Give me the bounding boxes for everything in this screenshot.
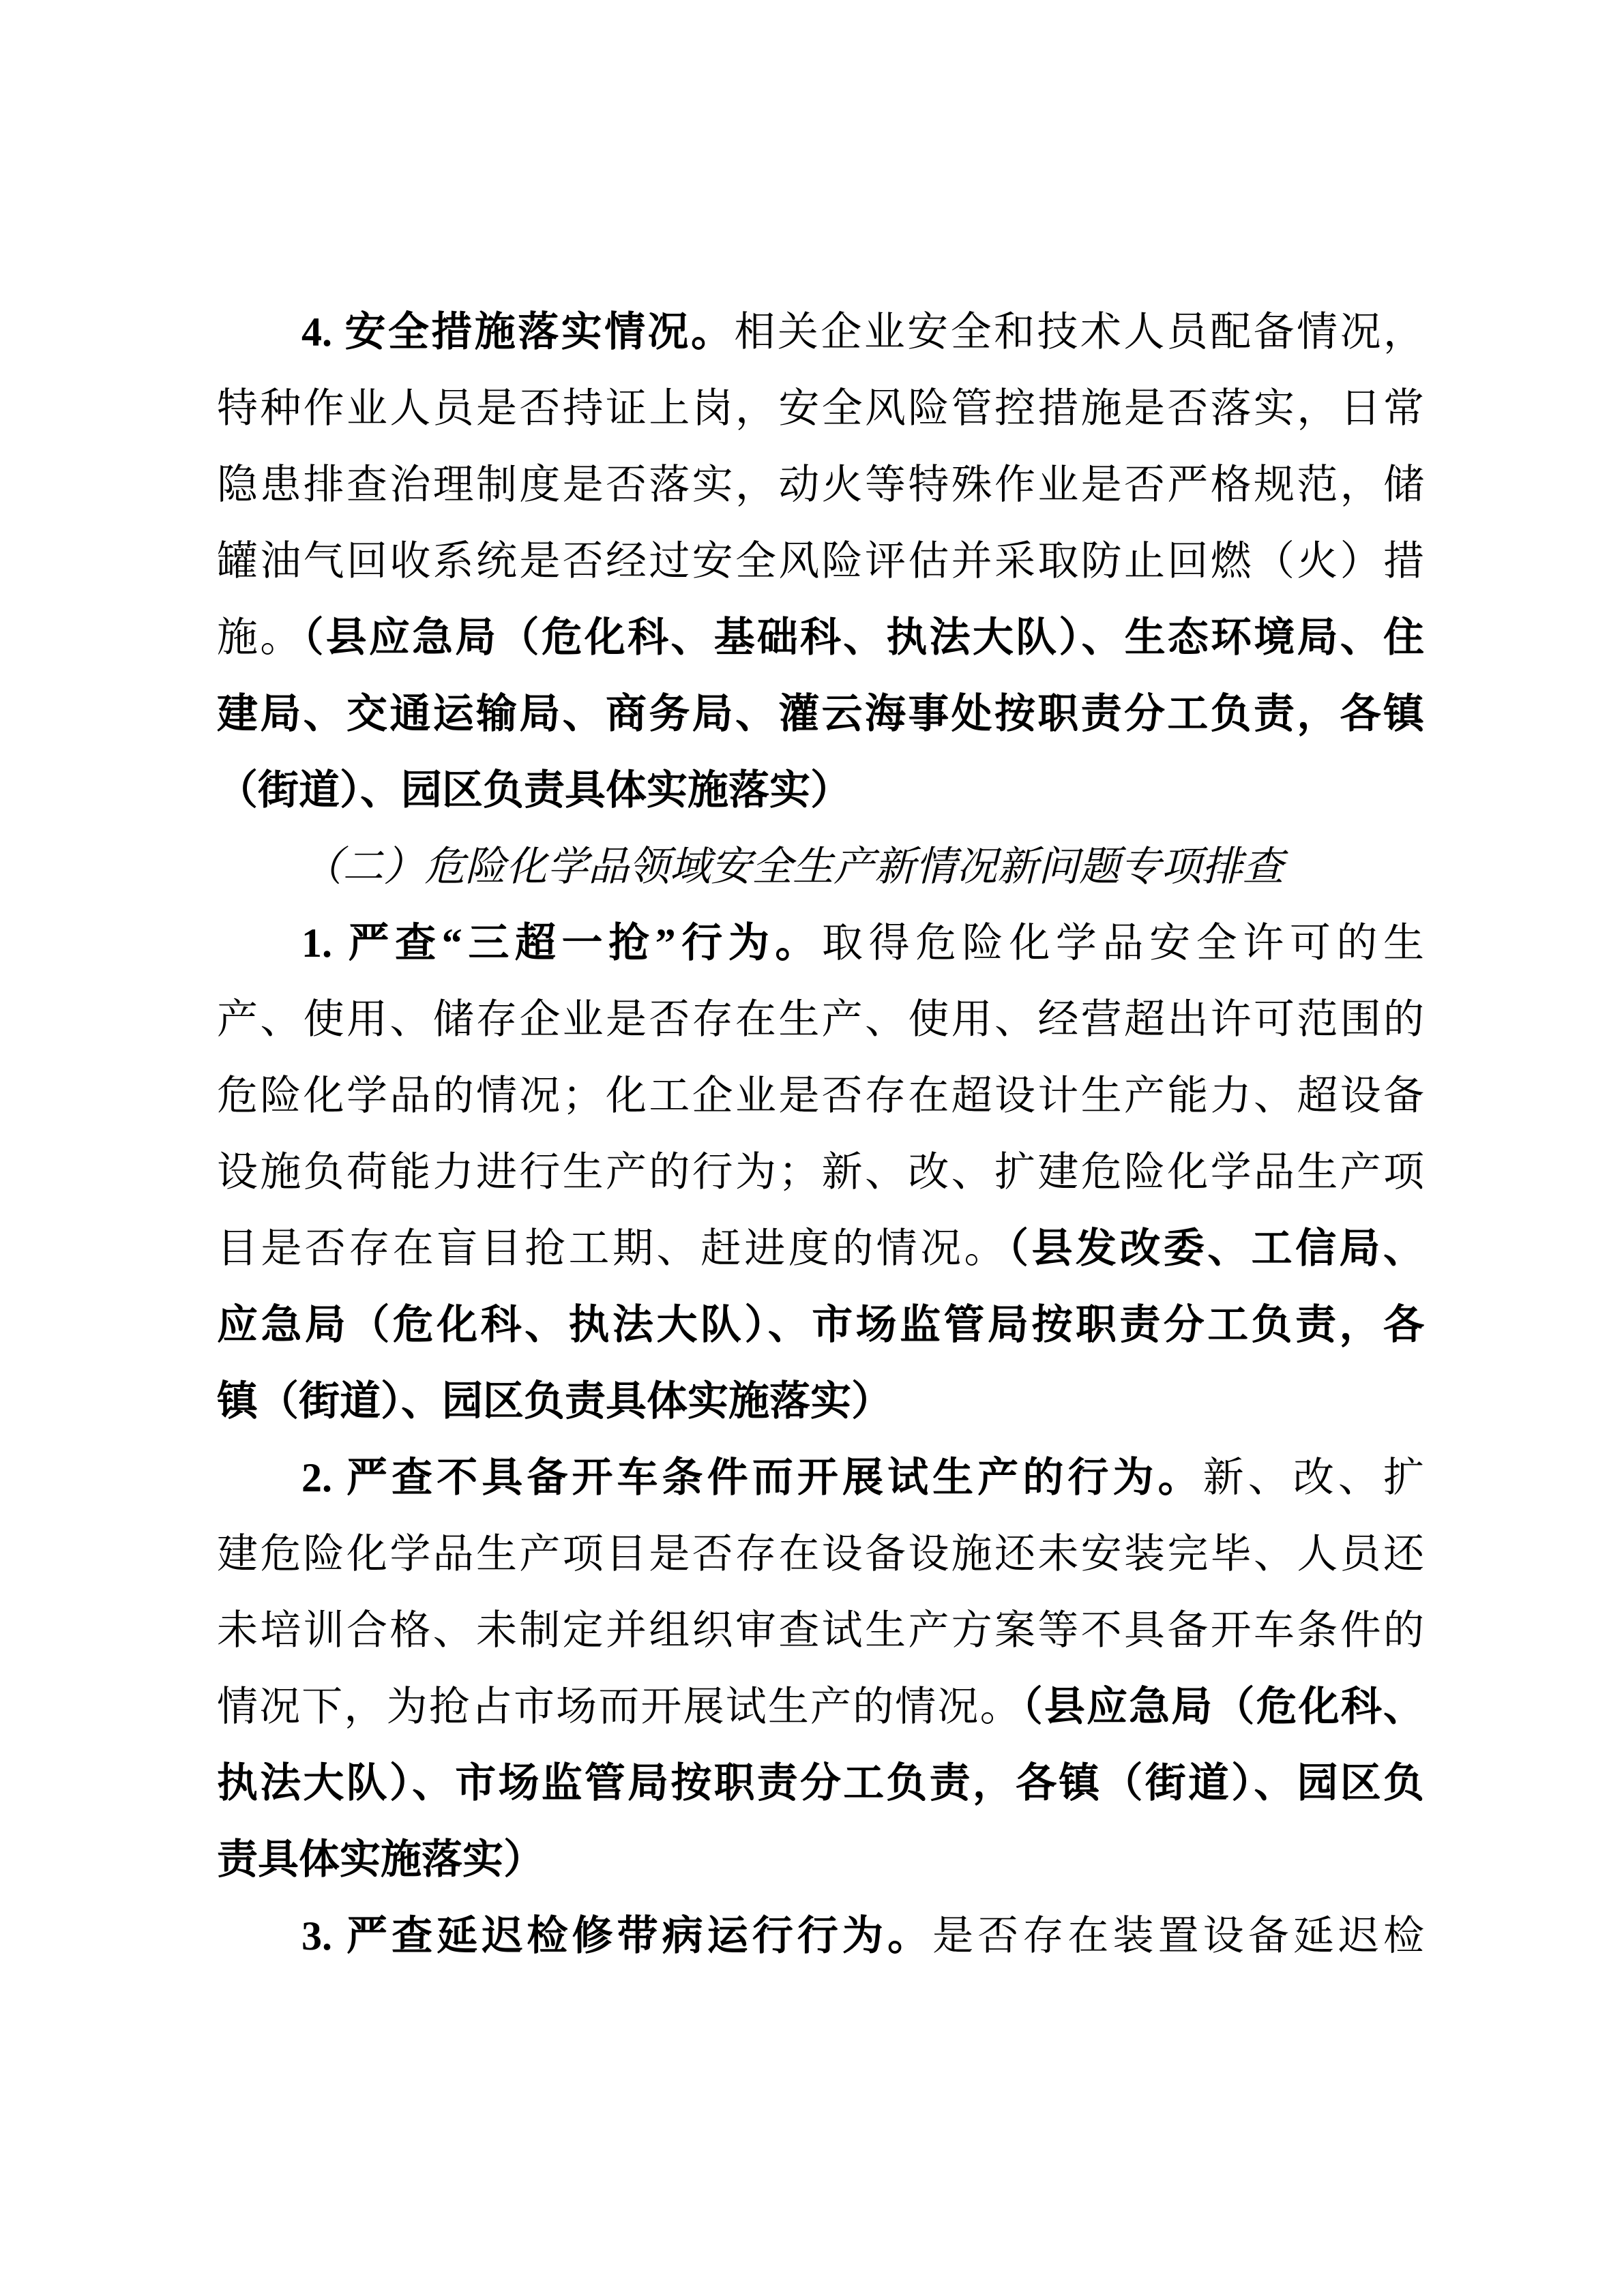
text-line-19: 情况下，为抢占市场而开展试生产的情况。（县应急局（危化科、	[217, 1669, 1424, 1745]
text-segment: 新、改、扩	[1203, 1455, 1424, 1500]
text-segment: 镇（街道）、园区负责具体实施落实）	[217, 1379, 892, 1424]
text-segment: （街道）、园区负责具体实施落实）	[217, 768, 851, 813]
text-segment: 设施负荷能力进行生产的行为；新、改、扩建危险化学品生产项	[217, 1150, 1424, 1195]
text-segment: 是否存在装置设备延迟检	[932, 1913, 1424, 1958]
text-line-18: 未培训合格、未制定并组织审查试生产方案等不具备开车条件的	[217, 1592, 1424, 1669]
text-segment: 目是否存在盲目抢工期、赶进度的情况。	[217, 1226, 1008, 1271]
text-segment: 罐油气回收系统是否经过安全风险评估并采取防止回燃（火）措	[217, 539, 1424, 584]
text-segment: 2. 严查不具备开车条件而开展试生产的行为。	[301, 1455, 1203, 1500]
text-segment: 1. 严查“三超一抢”行为。	[301, 921, 822, 966]
text-line-6: 建局、交通运输局、商务局、灌云海事处按职责分工负责，各镇	[217, 676, 1424, 752]
text-line-5: 施。（县应急局（危化科、基础科、执法大队）、生态环境局、住	[217, 599, 1424, 676]
text-line-3: 隐患排查治理制度是否落实，动火等特殊作业是否严格规范，储	[217, 447, 1424, 523]
text-segment: 责具体实施落实）	[217, 1837, 544, 1882]
text-segment: 情况下，为抢占市场而开展试生产的情况。	[217, 1684, 1022, 1729]
text-line-17: 建危险化学品生产项目是否存在设备设施还未安装完毕、人员还	[217, 1516, 1424, 1592]
text-segment: 产、使用、储存企业是否存在生产、使用、经营超出许可范围的	[217, 997, 1424, 1042]
text-segment: 建局、交通运输局、商务局、灌云海事处按职责分工负责，各镇	[217, 691, 1424, 736]
text-segment: 应急局（危化科、执法大队）、市场监管局按职责分工负责，各	[217, 1302, 1424, 1347]
text-segment: （二）危险化学品领域安全生产新情况新问题专项排查	[301, 844, 1284, 889]
document-text-block: 4. 安全措施落实情况。相关企业安全和技术人员配备情况，特种作业人员是否持证上岗…	[217, 294, 1424, 1974]
text-segment: （县应急局（危化科、基础科、执法大队）、生态环境局、住	[303, 615, 1424, 660]
text-line-15: 镇（街道）、园区负责具体实施落实）	[217, 1363, 1424, 1440]
text-line-10: 产、使用、储存企业是否存在生产、使用、经营超出许可范围的	[217, 981, 1424, 1058]
text-line-21: 责具体实施落实）	[217, 1821, 1424, 1898]
text-segment: 隐患排查治理制度是否落实，动火等特殊作业是否严格规范，储	[217, 462, 1424, 507]
text-segment: 施。	[217, 615, 303, 660]
text-segment: 4. 安全措施落实情况。	[301, 310, 734, 355]
text-line-4: 罐油气回收系统是否经过安全风险评估并采取防止回燃（火）措	[217, 523, 1424, 599]
text-segment: 3. 严查延迟检修带病运行行为。	[301, 1913, 932, 1958]
document-page: 4. 安全措施落实情况。相关企业安全和技术人员配备情况，特种作业人员是否持证上岗…	[0, 0, 1624, 2296]
text-line-7: （街道）、园区负责具体实施落实）	[217, 752, 1424, 829]
text-line-11: 危险化学品的情况；化工企业是否存在超设计生产能力、超设备	[217, 1058, 1424, 1134]
text-line-2: 特种作业人员是否持证上岗，安全风险管控措施是否落实，日常	[217, 370, 1424, 447]
text-line-9: 1. 严查“三超一抢”行为。取得危险化学品安全许可的生	[217, 905, 1424, 981]
text-line-16: 2. 严查不具备开车条件而开展试生产的行为。新、改、扩	[217, 1440, 1424, 1516]
text-segment: 未培训合格、未制定并组织审查试生产方案等不具备开车条件的	[217, 1608, 1424, 1653]
text-line-1: 4. 安全措施落实情况。相关企业安全和技术人员配备情况，	[217, 294, 1424, 370]
text-segment: 取得危险化学品安全许可的生	[822, 921, 1424, 966]
text-line-20: 执法大队）、市场监管局按职责分工负责，各镇（街道）、园区负	[217, 1745, 1424, 1821]
text-segment: 建危险化学品生产项目是否存在设备设施还未安装完毕、人员还	[217, 1532, 1424, 1577]
text-line-12: 设施负荷能力进行生产的行为；新、改、扩建危险化学品生产项	[217, 1134, 1424, 1210]
text-segment: 相关企业安全和技术人员配备情况，	[734, 310, 1424, 355]
text-line-14: 应急局（危化科、执法大队）、市场监管局按职责分工负责，各	[217, 1287, 1424, 1363]
text-line-22: 3. 严查延迟检修带病运行行为。是否存在装置设备延迟检	[217, 1898, 1424, 1974]
text-line-13: 目是否存在盲目抢工期、赶进度的情况。（县发改委、工信局、	[217, 1210, 1424, 1287]
text-segment: 执法大队）、市场监管局按职责分工负责，各镇（街道）、园区负	[217, 1761, 1424, 1806]
text-segment: （县应急局（危化科、	[1022, 1684, 1424, 1729]
text-line-8: （二）危险化学品领域安全生产新情况新问题专项排查	[217, 829, 1424, 905]
text-segment: 危险化学品的情况；化工企业是否存在超设计生产能力、超设备	[217, 1073, 1424, 1118]
text-segment: （县发改委、工信局、	[1008, 1226, 1424, 1271]
text-segment: 特种作业人员是否持证上岗，安全风险管控措施是否落实，日常	[217, 386, 1424, 431]
